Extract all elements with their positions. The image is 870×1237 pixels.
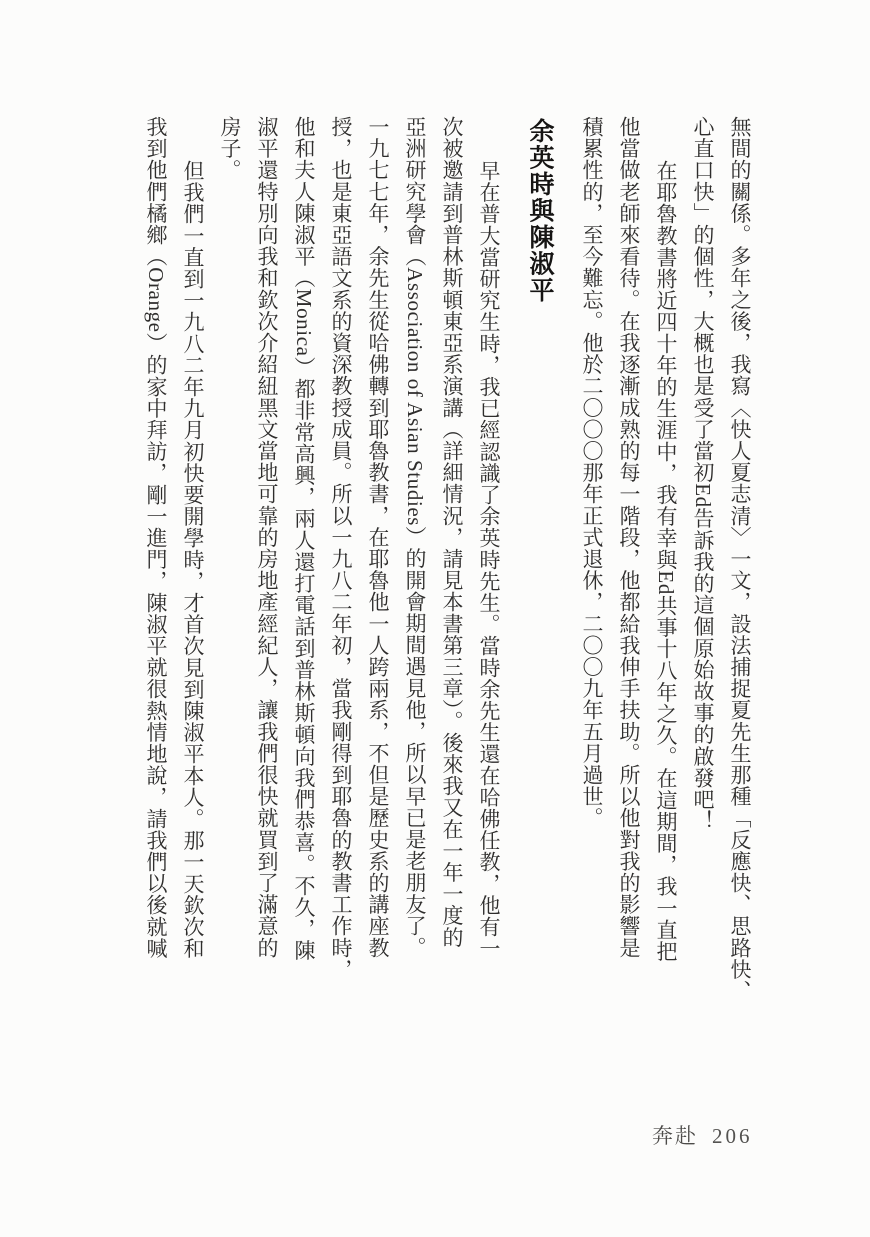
- text-column: 授，也是東亞語文系的資深教授成員。所以一九八二年初，當我剛得到耶魯的教書工作時，: [322, 116, 359, 1009]
- text-column: 但我們一直到一九八二年九月初快要開學時，才首次見到陳淑平本人。那一天欽次和: [174, 116, 211, 1009]
- text-column: 積累性的，至今難忘。他於二〇〇〇那年正式退休，二〇〇九年五月過世。: [573, 116, 610, 1009]
- text-column: 心直口快」的個性，大概也是受了當初Ed告訴我的這個原始故事的啟發吧！: [684, 116, 721, 1009]
- text-column: 次被邀請到普林斯頓東亞系演講（詳細情況，請見本書第三章）。後來我又在一年一度的: [433, 116, 470, 1009]
- text-column: 他和夫人陳淑平（Monica）都非常高興，兩人還打電話到普林斯頓向我們恭喜。不久…: [285, 116, 322, 1009]
- text-column: 我到他們橘鄉（Orange）的家中拜訪，剛一進門，陳淑平就很熱情地說，請我們以後…: [137, 116, 174, 1009]
- text-column: 在耶魯教書將近四十年的生涯中，我有幸與Ed共事十八年之久。在這期間，我一直把: [647, 116, 684, 1009]
- text-column: 一九七七年，余先生從哈佛轉到耶魯教書，在耶魯他一人跨兩系，不但是歷史系的講座教: [359, 116, 396, 1009]
- text-column: 房子。: [211, 116, 248, 1009]
- text-column: 早在普大當研究生時，我已經認識了余英時先生。當時余先生還在哈佛任教，他有一: [470, 116, 507, 1009]
- text-column: 他當做老師來看待。在我逐漸成熟的每一階段，他都給我伸手扶助。所以他對我的影響是: [610, 116, 647, 1009]
- page-footer: 奔赴206: [652, 1120, 753, 1150]
- footer-book-title: 奔赴: [652, 1124, 698, 1148]
- text-block: 無間的關係。多年之後，我寫〈快人夏志清〉一文，設法捕捉夏先生那種「反應快、思路快…: [137, 116, 758, 1009]
- text-column: 亞洲研究學會（Association of Asian Studies）的開會期…: [396, 116, 433, 1009]
- text-column: 淑平還特別向我和欽次介紹紐黑文當地可靠的房地產經紀人，讓我們很快就買到了滿意的: [248, 116, 285, 1009]
- section-heading: 余英時與陳淑平: [525, 118, 555, 1011]
- footer-page-number: 206: [712, 1124, 753, 1148]
- book-page: 無間的關係。多年之後，我寫〈快人夏志清〉一文，設法捕捉夏先生那種「反應快、思路快…: [0, 0, 870, 1237]
- text-column: 無間的關係。多年之後，我寫〈快人夏志清〉一文，設法捕捉夏先生那種「反應快、思路快…: [721, 116, 758, 1009]
